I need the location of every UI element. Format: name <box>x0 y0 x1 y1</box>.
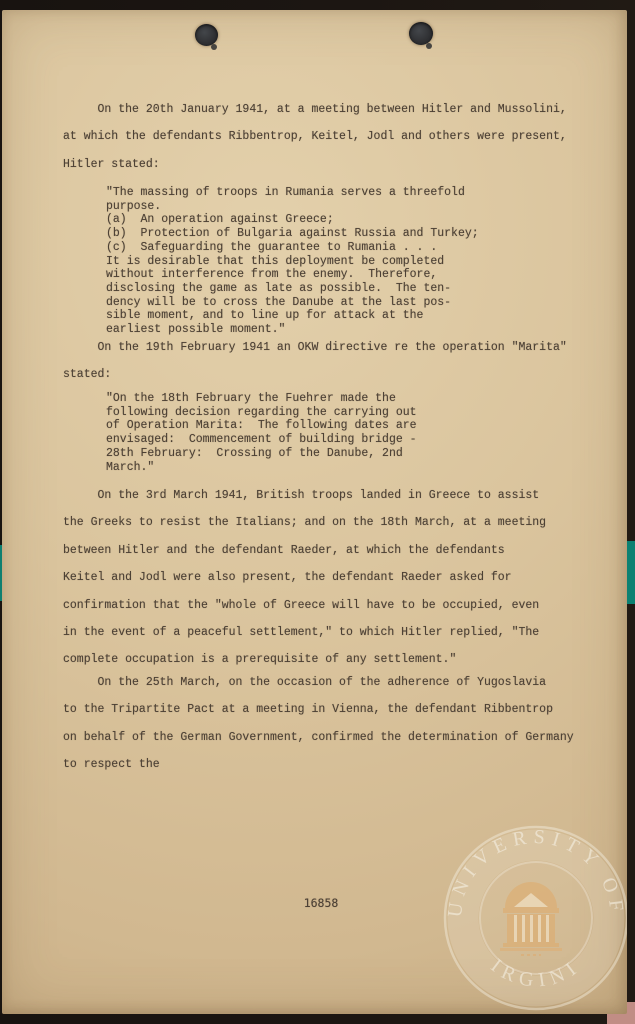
hole-punch-left-icon <box>195 24 218 46</box>
paragraph-hitler-mussolini-meeting: On the 20th January 1941, at a meeting b… <box>63 96 567 178</box>
paragraph-tripartite-pact: On the 25th March, on the occasion of th… <box>63 669 574 779</box>
binding-accent-teal-right <box>627 541 635 604</box>
university-of-virginia-seal-watermark: UNIVERSITY OF VIRGINIA <box>436 818 627 1014</box>
paragraph-okw-directive: On the 19th February 1941 an OKW directi… <box>63 334 567 389</box>
document-page: On the 20th January 1941, at a meeting b… <box>2 10 627 1014</box>
scan-background: On the 20th January 1941, at a meeting b… <box>0 0 635 1024</box>
paragraph-british-troops-greece: On the 3rd March 1941, British troops la… <box>63 482 546 674</box>
quote-massing-of-troops: "The massing of troops in Rumania serves… <box>106 186 479 337</box>
quote-operation-marita: "On the 18th February the Fuehrer made t… <box>106 392 417 474</box>
hole-punch-right-icon <box>409 22 433 45</box>
